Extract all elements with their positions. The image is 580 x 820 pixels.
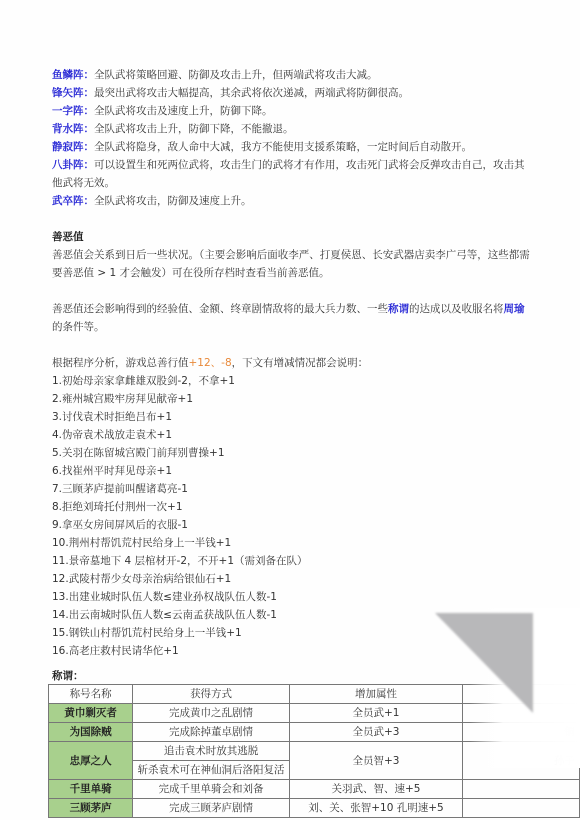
- title-name-cell: 黄巾剿灭者: [49, 704, 133, 723]
- titles-table: 称号名称 获得方式 增加属性 黄巾剿灭者 完成黄巾之乱剧情 全员武+1 为国除贼…: [48, 684, 580, 818]
- karma-item: 16.高老庄救村民请华佗+1: [52, 642, 532, 660]
- karma-item: 2.雍州城宫殿牢房拜见献帝+1: [52, 390, 532, 408]
- formation-name: 武卒阵：: [52, 195, 94, 207]
- formation-desc: 可以设置生和死两位武将，攻击生门的武将才有作用，攻击死门武将会反弹攻击自己，攻击…: [52, 159, 525, 189]
- text: 的条件等。: [52, 321, 105, 333]
- formation-name: 一字阵：: [52, 105, 94, 117]
- formation-item: 武卒阵：全队武将攻击，防御及速度上升。: [52, 192, 532, 210]
- formation-item: 背水阵：全队武将攻击上升，防御下降，不能撤退。: [52, 120, 532, 138]
- karma-item: 7.三顾茅庐提前叫醒诸葛亮-1: [52, 480, 532, 498]
- table-row: 三顾茅庐 完成三顾茅庐剧情 刘、关、张智+10 孔明速+5: [49, 799, 580, 818]
- karma-paragraph-2: 善恶值还会影响得到的经验值、金额、终章剧情敌将的最大兵力数、一些称谓的达成以及收…: [52, 300, 532, 336]
- formation-item: 锋矢阵：最突出武将攻击大幅提高，其余武将依次递减，两端武将防御很高。: [52, 84, 532, 102]
- document-page: 鱼鳞阵：全队武将策略回避、防御及攻击上升，但两端武将攻击大减。 锋矢阵：最突出武…: [52, 66, 532, 818]
- text: ，下文有增减情况都会说明：: [232, 357, 369, 369]
- formation-name: 锋矢阵：: [52, 87, 94, 99]
- table-row: 黄巾剿灭者 完成黄巾之乱剧情 全员武+1: [49, 704, 580, 723]
- karma-item: 8.拒绝刘琦托付荆州一次+1: [52, 498, 532, 516]
- karma-item: 13.出建业城时队伍人数≤建业孙权战队伍人数-1: [52, 588, 532, 606]
- zhouyu-link[interactable]: 周瑜: [504, 303, 525, 315]
- formation-desc: 全队武将攻击及速度上升，防御下降。: [94, 105, 273, 117]
- column-header: 获得方式: [133, 685, 290, 704]
- attr-cell: 关羽武、智、速+5: [289, 780, 462, 799]
- formation-name: 八卦阵：: [52, 159, 94, 171]
- formation-name: 鱼鳞阵：: [52, 69, 94, 81]
- spacer: [52, 210, 532, 228]
- karma-list: 1.初始母亲家拿雌雄双股剑-2，不拿+1 2.雍州城宫殿牢房拜见献帝+1 3.讨…: [52, 372, 532, 660]
- karma-item: 14.出云南城时队伍人数≤云南孟获战队伍人数-1: [52, 606, 532, 624]
- formation-item: 鱼鳞阵：全队武将策略回避、防御及攻击上升，但两端武将攻击大减。: [52, 66, 532, 84]
- column-header: 称号名称: [49, 685, 133, 704]
- formation-list: 鱼鳞阵：全队武将策略回避、防御及攻击上升，但两端武将攻击大减。 锋矢阵：最突出武…: [52, 66, 532, 210]
- text: 善恶值还会影响得到的经验值、金额、终章剧情敌将的最大兵力数、一些: [52, 303, 388, 315]
- karma-heading: 善恶值: [52, 228, 532, 246]
- attr-cell: 刘、关、张智+10 孔明速+5: [289, 799, 462, 818]
- karma-paragraph-1: 善恶值会关系到日后一些状况。（主要会影响后面收李严、打夏侯恩、长安武器店卖李广弓…: [52, 246, 532, 282]
- karma-item: 10.荆州村帮饥荒村民给身上一半钱+1: [52, 534, 532, 552]
- titles-heading: 称谓：: [52, 668, 532, 684]
- attr-cell: 全员武+1: [289, 704, 462, 723]
- text: 的达成以及收服名将: [409, 303, 504, 315]
- formation-name: 静寂阵：: [52, 141, 94, 153]
- formation-name: 背水阵：: [52, 123, 94, 135]
- title-name-cell: 千里单骑: [49, 780, 133, 799]
- formation-desc: 全队武将攻击上升，防御下降，不能撤退。: [94, 123, 294, 135]
- column-header: 增加属性: [289, 685, 462, 704]
- method-cell: 完成除掉董卓剧情: [133, 723, 290, 742]
- karma-item: 5.关羽在陈留城宫殿门前拜别曹操+1: [52, 444, 532, 462]
- table-row: 忠厚之人 追击袁术时放其逃脱 全员智+3 孙子: [49, 742, 580, 761]
- table-row: 千里单骑 完成千里单骑会和刘备 关羽武、智、速+5: [49, 780, 580, 799]
- extra-cell: [463, 704, 580, 723]
- formation-desc: 全队武将攻击，防御及速度上升。: [94, 195, 252, 207]
- karma-values: +12、-8: [189, 357, 232, 369]
- karma-item: 1.初始母亲家拿雌雄双股剑-2，不拿+1: [52, 372, 532, 390]
- karma-item: 15.钢铁山村帮饥荒村民给身上一半钱+1: [52, 624, 532, 642]
- karma-item: 11.景帝墓地下 4 层棺材开-2，不开+1（需刘备在队）: [52, 552, 532, 570]
- formation-item: 一字阵：全队武将攻击及速度上升，防御下降。: [52, 102, 532, 120]
- formation-desc: 最突出武将攻击大幅提高，其余武将依次递减，两端武将防御很高。: [94, 87, 409, 99]
- title-name-cell: 三顾茅庐: [49, 799, 133, 818]
- formation-desc: 全队武将隐身，敌人命中大减，我方不能使用支援系策略，一定时间后自动散开。: [94, 141, 472, 153]
- karma-item: 6.找崔州平时拜见母亲+1: [52, 462, 532, 480]
- formation-item: 八卦阵：可以设置生和死两位武将，攻击生门的武将才有作用，攻击死门武将会反弹攻击自…: [52, 156, 532, 192]
- extra-cell: [463, 780, 580, 799]
- formation-desc: 全队武将策略回避、防御及攻击上升，但两端武将攻击大减。: [94, 69, 378, 81]
- spacer: [52, 336, 532, 354]
- attr-cell: 全员智+3: [289, 742, 462, 780]
- column-header: [463, 685, 580, 704]
- karma-item: 9.拿巫女房间屏风后的衣服-1: [52, 516, 532, 534]
- method-cell: 斩杀袁术可在神仙洞后洛阳复活: [133, 761, 290, 780]
- karma-item: 3.讨伐袁术时拒绝吕布+1: [52, 408, 532, 426]
- titles-link[interactable]: 称谓: [388, 303, 409, 315]
- karma-item: 12.武陵村帮少女母亲治病给银仙石+1: [52, 570, 532, 588]
- extra-cell: [463, 799, 580, 818]
- extra-cell: 铜: [463, 723, 580, 742]
- title-name-cell: 忠厚之人: [49, 742, 133, 780]
- spacer: [52, 282, 532, 300]
- text: 根据程序分析，游戏总善行值: [52, 357, 189, 369]
- karma-intro: 根据程序分析，游戏总善行值+12、-8，下文有增减情况都会说明：: [52, 354, 532, 372]
- karma-item: 4.伪帝袁术战放走袁术+1: [52, 426, 532, 444]
- method-cell: 完成千里单骑会和刘备: [133, 780, 290, 799]
- table-row: 为国除贼 完成除掉董卓剧情 全员武+3 铜: [49, 723, 580, 742]
- method-cell: 完成三顾茅庐剧情: [133, 799, 290, 818]
- extra-cell: 孙子: [463, 742, 580, 780]
- method-cell: 完成黄巾之乱剧情: [133, 704, 290, 723]
- attr-cell: 全员武+3: [289, 723, 462, 742]
- method-cell: 追击袁术时放其逃脱: [133, 742, 290, 761]
- title-name-cell: 为国除贼: [49, 723, 133, 742]
- formation-item: 静寂阵：全队武将隐身，敌人命中大减，我方不能使用支援系策略，一定时间后自动散开。: [52, 138, 532, 156]
- table-header-row: 称号名称 获得方式 增加属性: [49, 685, 580, 704]
